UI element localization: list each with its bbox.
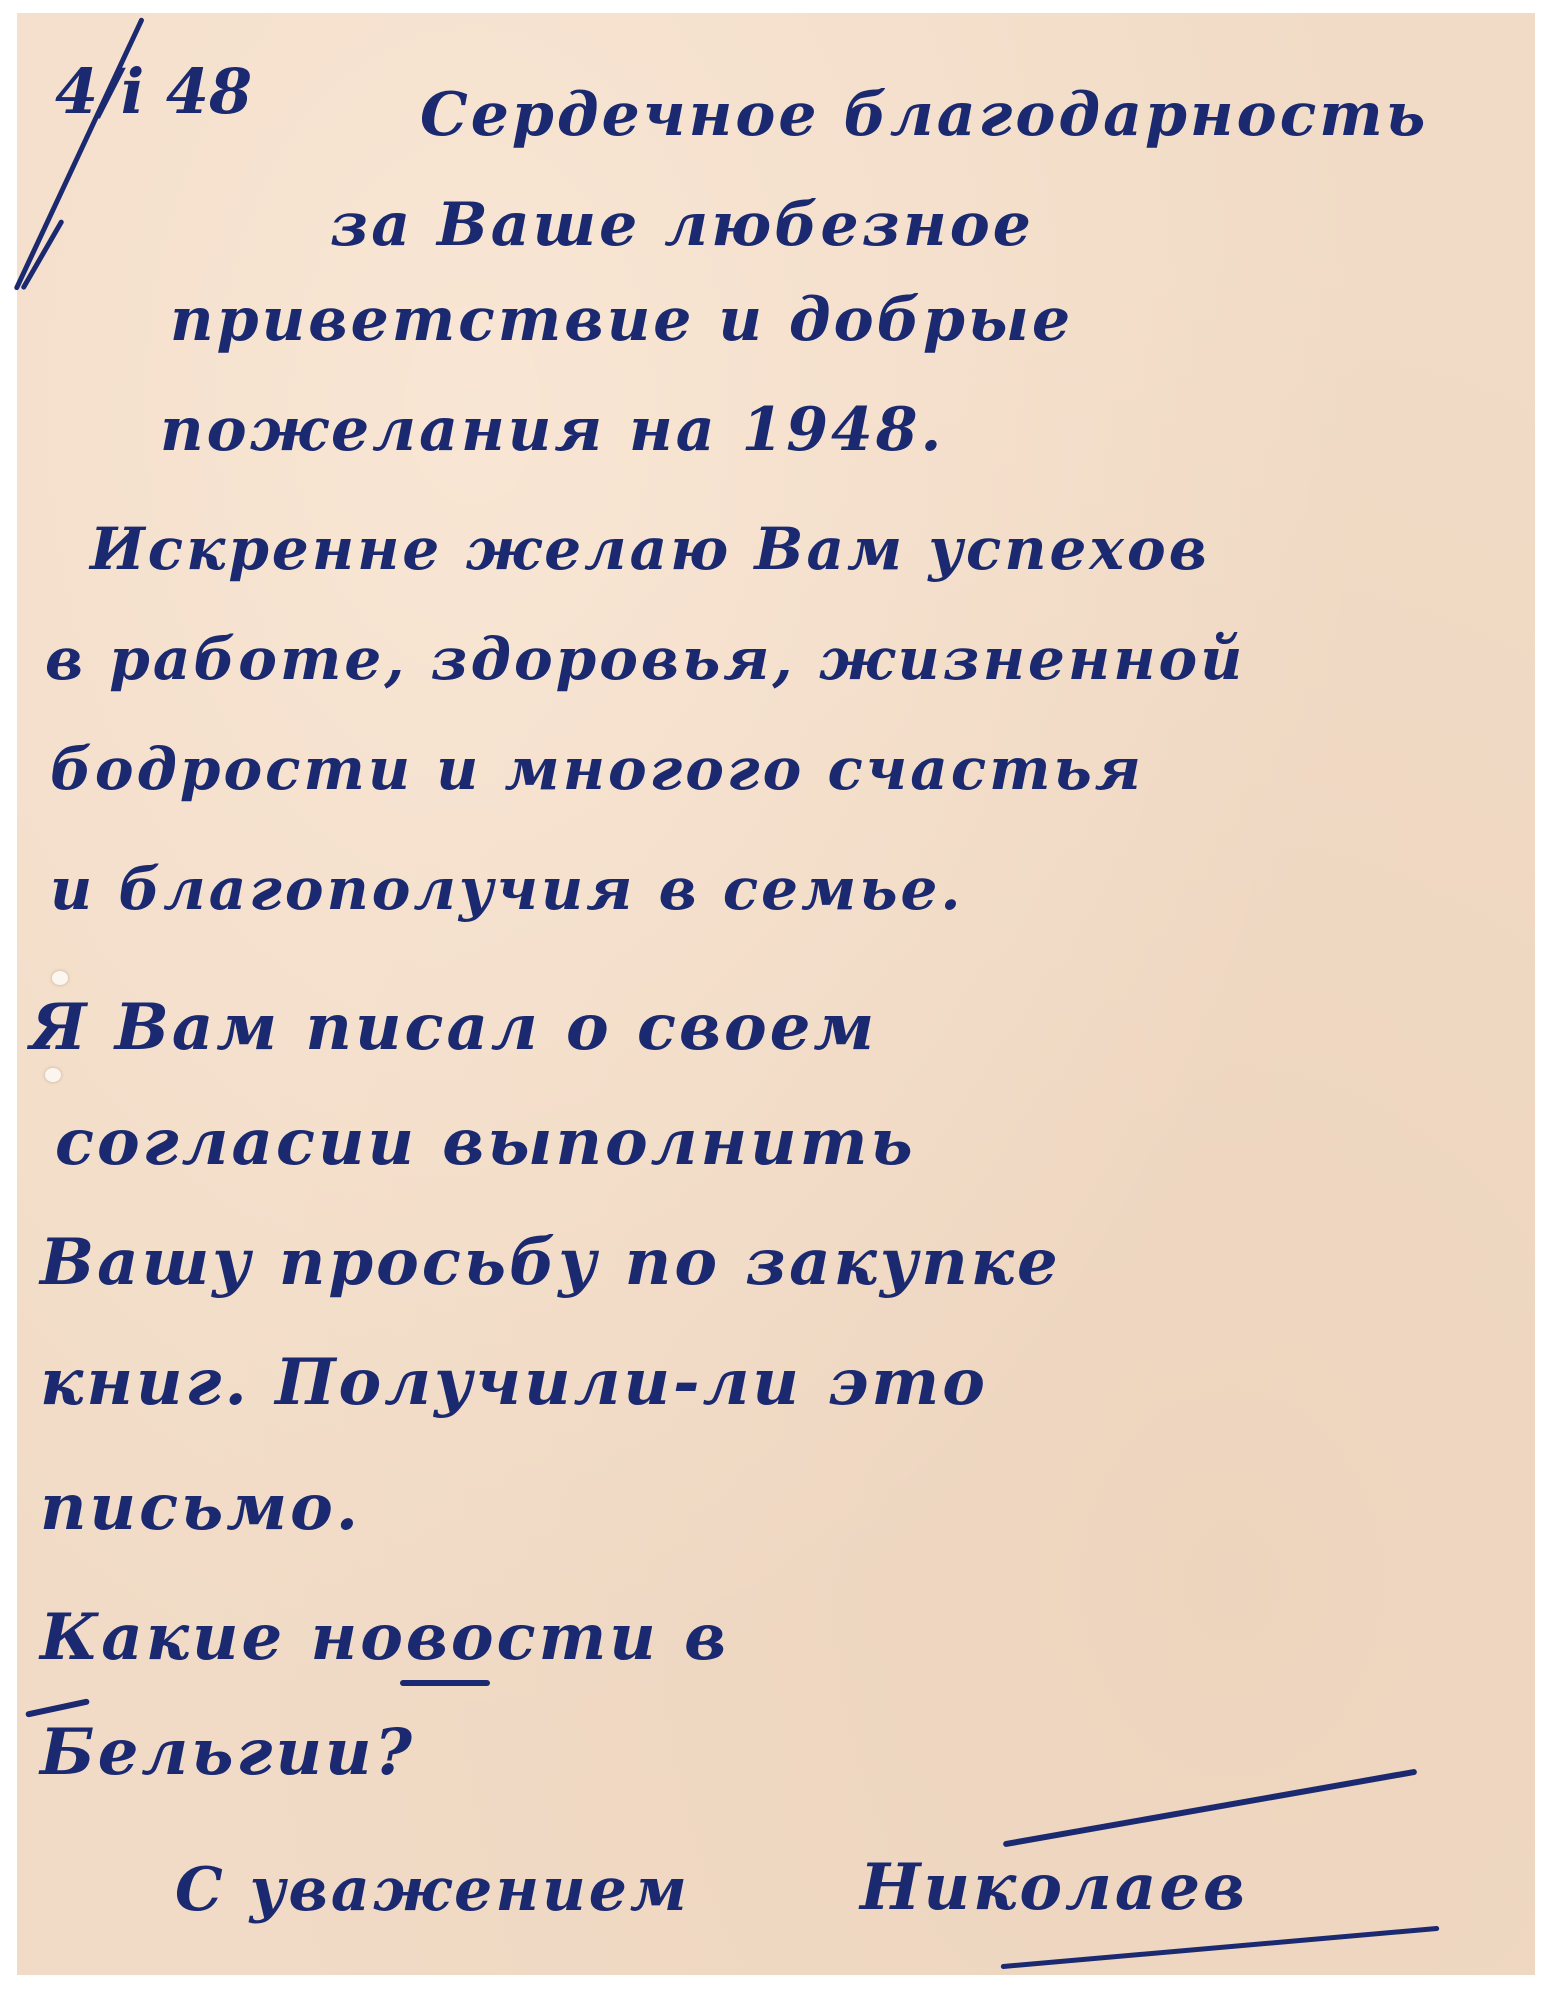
letter-line: Я Вам писал о своем [30,990,877,1065]
letter-line: Сердечное благодарность [420,80,1428,150]
letter-line: бодрости и многого счастья [50,735,1144,803]
underline-stroke [400,1680,490,1686]
letter-line: приветствие и добрые [170,285,1073,355]
letter-line: в работе, здоровья, жизненной [45,625,1245,693]
paper-punch-hole [45,1068,61,1082]
letter-line: Искренне желаю Вам успехов [90,515,1210,583]
letter-line: письмо. [40,1470,361,1545]
closing-text: С уважением [175,1855,690,1925]
letter-line: Вашу просьбу по закупке [40,1225,1061,1300]
letter-line: за Ваше любезное [330,190,1034,260]
letter-line: Бельгии? [40,1715,415,1790]
letter-line: и благополучия в семье. [50,855,964,923]
signature: Николаев [860,1850,1248,1925]
letter-line: Какие новости в [40,1600,729,1675]
letter-line: книг. Получили-ли это [40,1345,988,1420]
paper-punch-hole [52,971,68,985]
letter-line: пожелания на 1948. [160,395,944,465]
letter-line: согласии выполнить [55,1105,916,1180]
reference-mark: 4/i 48 [55,55,252,128]
